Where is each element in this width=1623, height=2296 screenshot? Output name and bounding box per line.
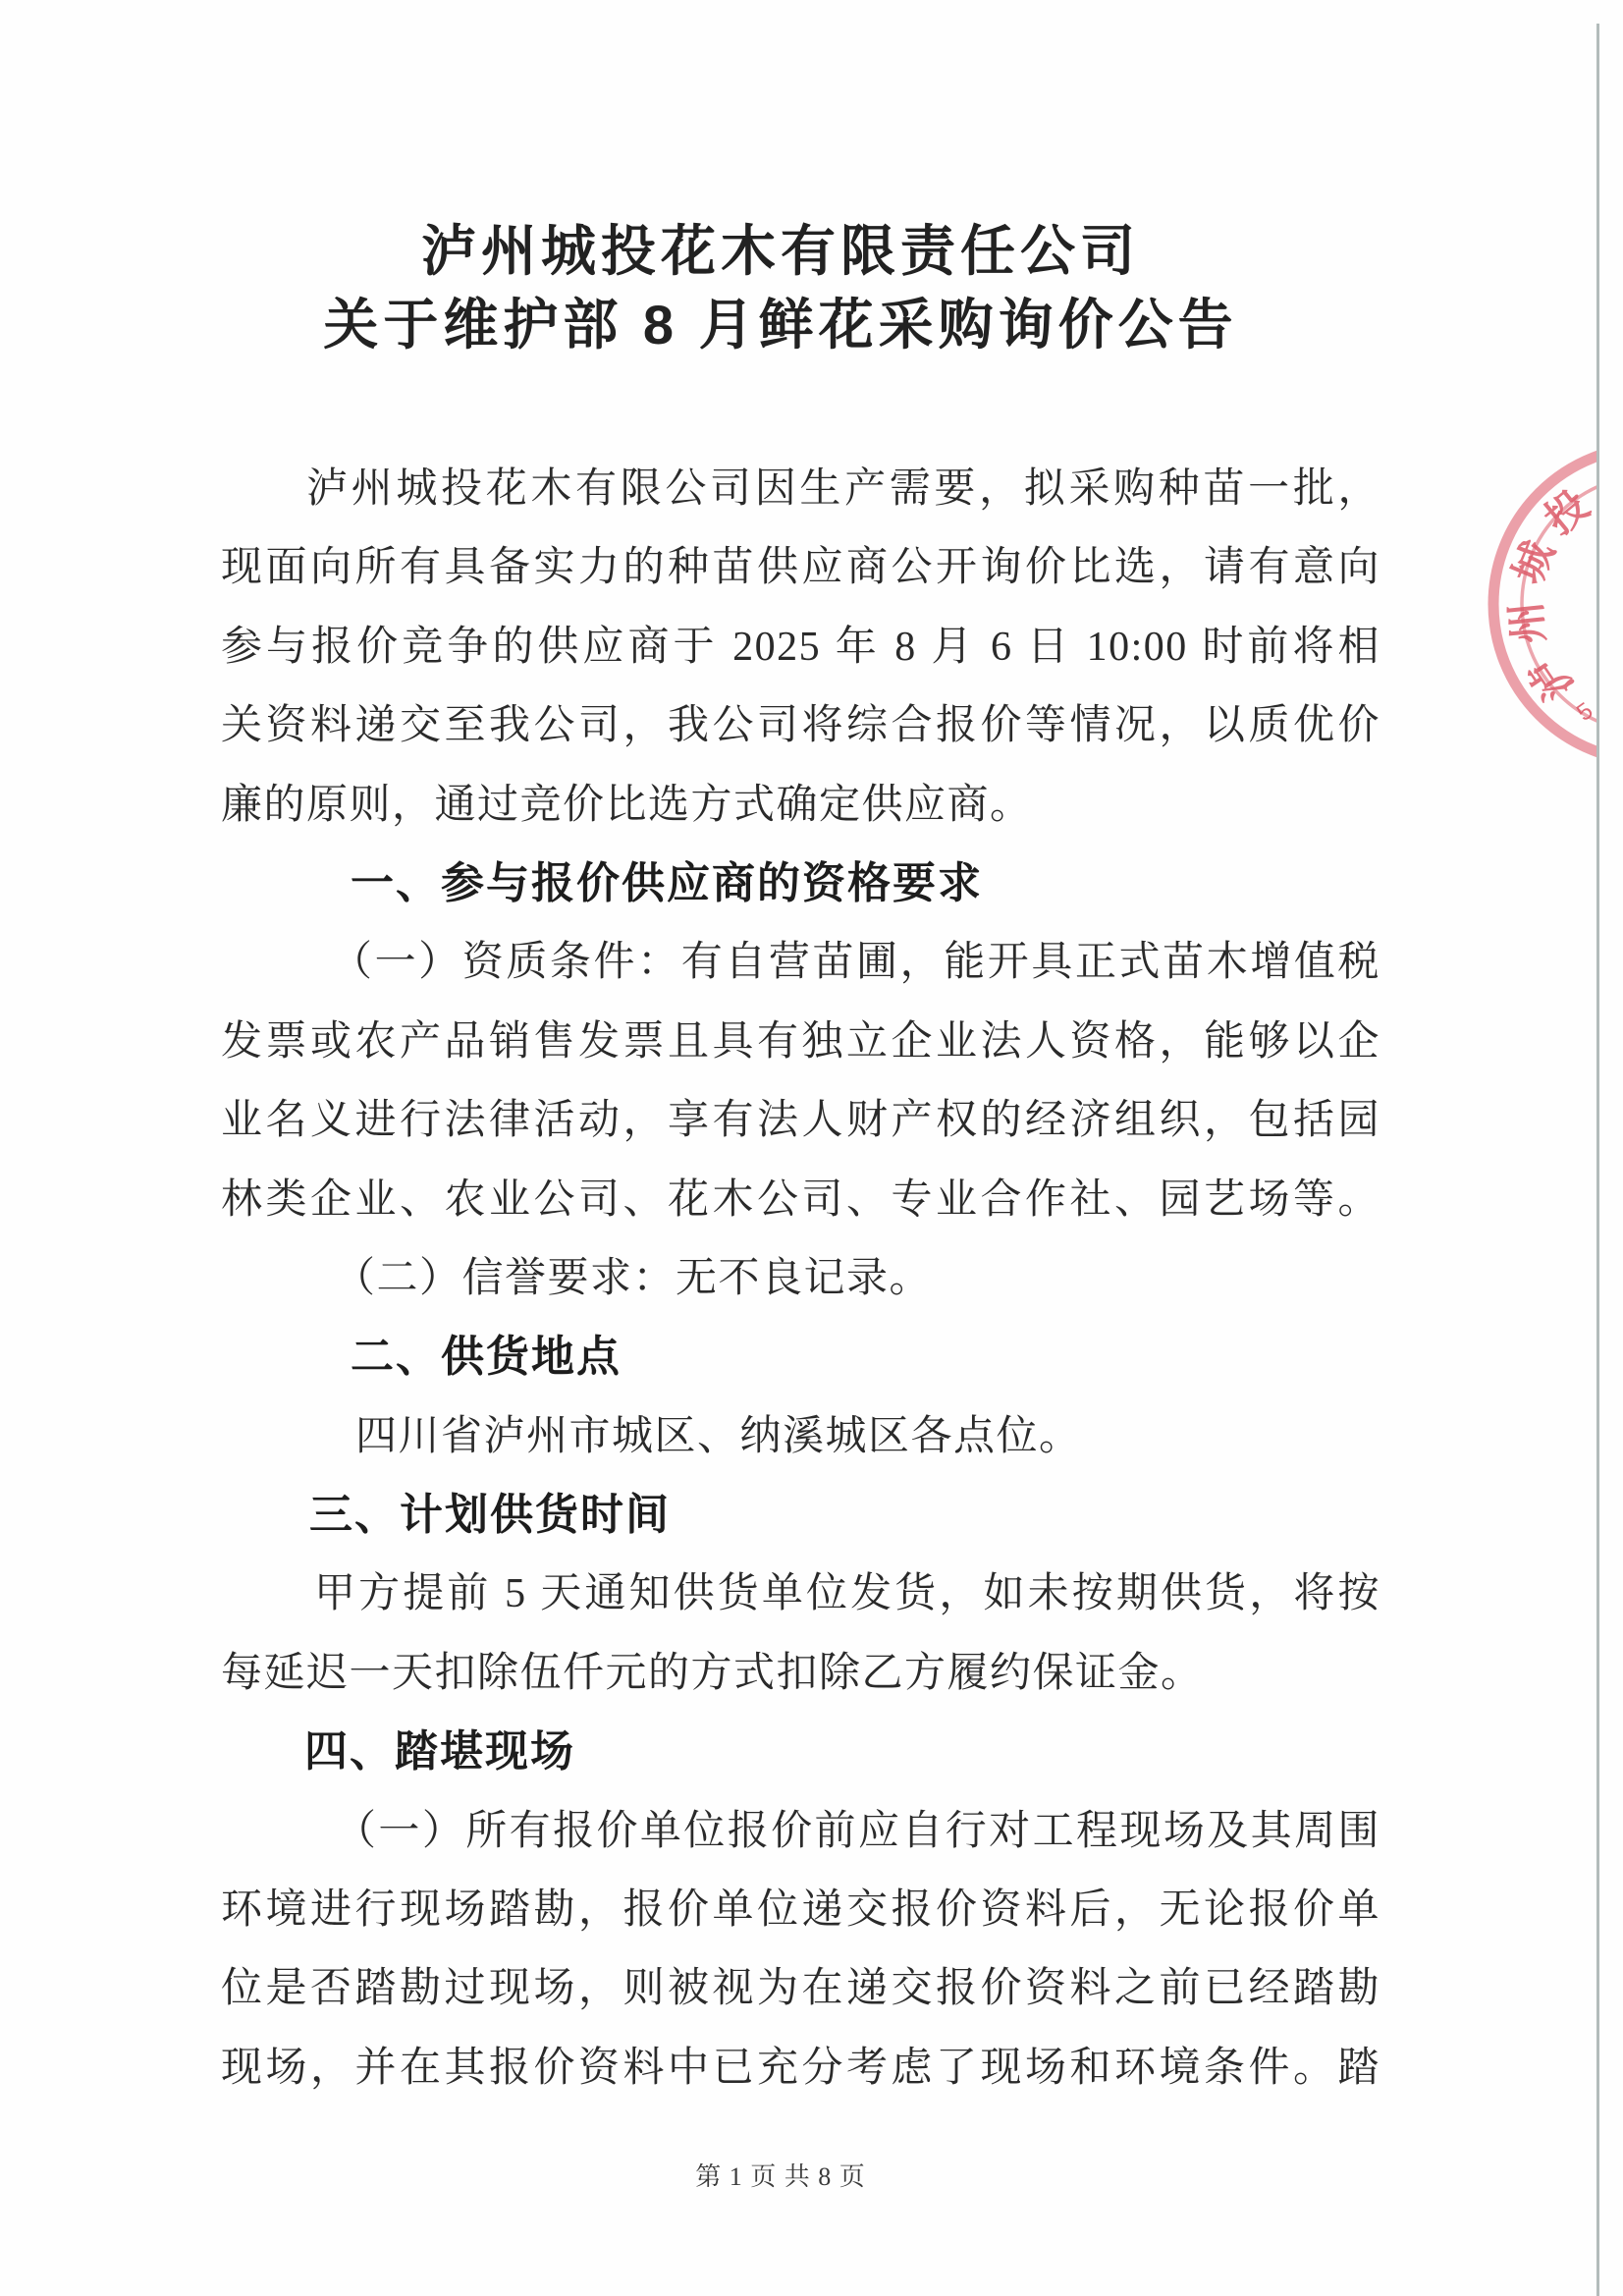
- section-heading: 二、供货地点: [221, 1318, 1380, 1396]
- section-heading: 三、计划供货时间: [221, 1476, 1380, 1555]
- text-line: 发票或农产品销售发票且具有独立企业法人资格，能够以企: [221, 1003, 1380, 1081]
- title-line-2: 关于维护部 8 月鲜花采购询价公告: [221, 288, 1340, 361]
- stamp-number: 5: [1572, 697, 1597, 727]
- text-line: 泸州城投花木有限公司因生产需要，拟采购种苗一批，: [221, 450, 1380, 528]
- text-line: 现面向所有具备实力的种苗供应商公开询价比选，请有意向: [221, 528, 1380, 607]
- text-line: 林类企业、农业公司、花木公司、专业合作社、园艺场等。: [221, 1161, 1380, 1239]
- text-line: 每延迟一天扣除伍仟元的方式扣除乙方履约保证金。: [221, 1634, 1380, 1713]
- section-heading: 四、踏堪现场: [221, 1713, 1380, 1791]
- text-line: （一）资质条件：有自营苗圃，能开具正式苗木增值税: [221, 923, 1380, 1002]
- page-number-footer: 第 1 页 共 8 页: [221, 2157, 1340, 2193]
- text-line: （一）所有报价单位报价前应自行对工程现场及其周围: [221, 1792, 1380, 1871]
- stamp-arc-text: 泸州城投花木有限责任公司: [1440, 432, 1597, 786]
- text-line: 位是否踏勘过现场，则被视为在递交报价资料之前已经踏勘: [221, 1949, 1380, 2028]
- text-line: 四川省泸州市城区、纳溪城区各点位。: [221, 1397, 1380, 1476]
- text-line: 环境进行现场踏勘，报价单位递交报价资料后，无论报价单: [221, 1871, 1380, 1949]
- document-body: 泸州城投花木有限公司因生产需要，拟采购种苗一批，现面向所有具备实力的种苗供应商公…: [221, 450, 1380, 2107]
- document-page: 泸州城投花木有限责任公司 关于维护部 8 月鲜花采购询价公告 泸州城投花木有限公…: [0, 0, 1623, 2296]
- text-line: 业名义进行法律活动，享有法人财产权的经济组织，包括园: [221, 1081, 1380, 1160]
- seal-stamp-graphic: 泸州城投花木有限责任公司 5: [1424, 432, 1597, 786]
- text-line: （二）信誉要求：无不良记录。: [221, 1239, 1380, 1318]
- text-line: 廉的原则，通过竞价比选方式确定供应商。: [221, 766, 1380, 845]
- title-line-1: 泸州城投花木有限责任公司: [221, 214, 1340, 288]
- text-line: 关资料递交至我公司，我公司将综合报价等情况，以质优价: [221, 686, 1380, 765]
- svg-text:泸州城投花木有限责任公司: 泸州城投花木有限责任公司: [1440, 432, 1597, 786]
- document-title: 泸州城投花木有限责任公司 关于维护部 8 月鲜花采购询价公告: [221, 214, 1340, 361]
- text-line: 现场，并在其报价资料中已充分考虑了现场和环境条件。踏: [221, 2029, 1380, 2107]
- section-heading: 一、参与报价供应商的资格要求: [221, 845, 1380, 923]
- company-seal-stamp: 泸州城投花木有限责任公司 5: [1424, 432, 1597, 786]
- scan-page-edge-line: [1596, 24, 1599, 2296]
- text-line: 甲方提前 5 天通知供货单位发货，如未按期供货，将按: [221, 1555, 1380, 1633]
- text-line: 参与报价竞争的供应商于 2025 年 8 月 6 日 10:00 时前将相: [221, 608, 1380, 686]
